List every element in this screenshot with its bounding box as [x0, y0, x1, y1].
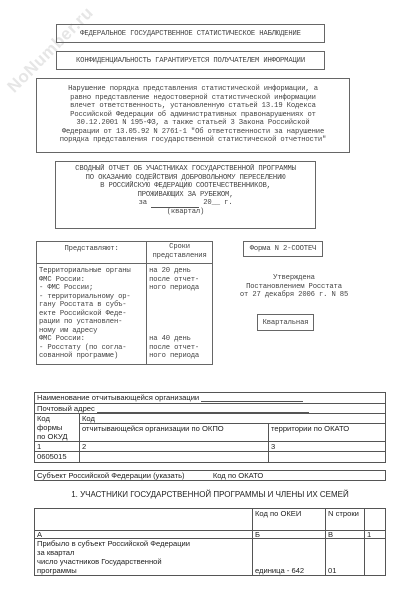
table-row: Прибыло в субъект Российской Федерации з…	[35, 539, 386, 576]
postal-address-field[interactable]	[97, 405, 309, 413]
indicator-line: программы	[37, 566, 250, 575]
submitter-line: сованной программе)	[39, 352, 144, 361]
report-title-line: ПО ОКАЗАНИЮ СОДЕЙСТВИЯ ДОБРОВОЛЬНОМУ ПЕР…	[56, 174, 315, 183]
submitter-line: екте Российской Феде-	[39, 310, 144, 319]
warning-line: Нарушение порядка представления статисти…	[37, 85, 349, 94]
postal-address-row: Почтовый адрес	[35, 404, 386, 414]
submitter-line: ному им адресу	[39, 327, 144, 336]
approval-line: Утверждена	[224, 274, 364, 283]
period-hint: (квартал)	[56, 208, 315, 217]
deadline-line: ного периода	[149, 352, 210, 361]
form-number-box: Форма N 2-СООТЕЧ	[243, 241, 323, 257]
org-name-row: Наименование отчитывающейся организации	[35, 393, 386, 404]
participants-value-cell[interactable]	[365, 539, 386, 576]
submitter-line: рации по установлен-	[39, 318, 144, 327]
organization-table: Наименование отчитывающейся организации …	[34, 392, 386, 463]
column-number: 2	[80, 442, 269, 452]
period-year[interactable]: 20__ г.	[203, 199, 232, 207]
section1-title: 1. УЧАСТНИКИ ГОСУДАРСТВЕННОЙ ПРОГРАММЫ И…	[34, 490, 386, 499]
approval-info: Утверждена Постановлением Росстата от 27…	[224, 274, 364, 300]
indicator-header	[35, 509, 253, 531]
okei-value: единица - 642	[253, 539, 326, 576]
subject-label: Субъект Российской Федерации (указать)	[37, 471, 185, 480]
submitters-table: Представляют: Сроки представления Террит…	[36, 241, 213, 365]
okud-value: 0605015	[35, 452, 80, 463]
indicator-line: Прибыло в субъект Российской Федерации	[37, 539, 250, 548]
submitter-line: ФМС России:	[39, 276, 144, 285]
report-title-box: СВОДНЫЙ ОТЧЕТ ОБ УЧАСТНИКАХ ГОСУДАРСТВЕН…	[55, 161, 316, 229]
periodicity-box: Квартальная	[257, 314, 314, 331]
warning-line: 30.12.2001 N 195-ФЗ, а также статьей 3 З…	[37, 119, 349, 128]
column-letter: Б	[253, 531, 326, 539]
deadline-line: после отчет-	[149, 276, 210, 285]
submitters-cell: Территориальные органы ФМС России: - ФМС…	[37, 264, 147, 365]
indicator-label: Прибыло в субъект Российской Федерации з…	[35, 539, 253, 576]
period-prefix: за	[139, 199, 147, 207]
section1-table: Код по ОКЕИ N строки А Б В 1 Прибыло в с…	[34, 508, 386, 576]
approval-line: от 27 декабря 2006 г. N 85	[224, 291, 364, 300]
warning-line: Российской Федерации об административных…	[37, 111, 349, 120]
legal-warning-box: Нарушение порядка представления статисти…	[36, 78, 350, 153]
okei-header: Код по ОКЕИ	[253, 509, 326, 531]
postal-address-label: Почтовый адрес	[37, 404, 95, 413]
column-letter: А	[35, 531, 253, 539]
warning-line: влечет ответственность, установленную ст…	[37, 102, 349, 111]
okud-header-line: формы	[37, 423, 77, 432]
okpo-value-cell[interactable]	[80, 452, 269, 463]
report-title-line: ПРОЖИВАЮЩИХ ЗА РУБЕЖОМ,	[56, 191, 315, 200]
deadline-line: ного периода	[149, 284, 210, 293]
deadline-line: на 20 день	[149, 267, 210, 276]
submitter-line: - Росстату (по согла-	[39, 344, 144, 353]
warning-line: Федерации от 13.05.92 N 2761-1 "Об ответ…	[37, 128, 349, 137]
okud-header-line: Код	[37, 414, 77, 423]
column-number: 3	[269, 442, 386, 452]
org-name-label: Наименование отчитывающейся организации	[37, 393, 199, 402]
code-header: Код	[80, 414, 386, 424]
warning-line: равно представление недостоверной статис…	[37, 94, 349, 103]
deadline-line: на 40 день	[149, 335, 210, 344]
submitter-line: гану Росстата в субъ-	[39, 301, 144, 310]
column-letter: В	[326, 531, 365, 539]
org-name-field[interactable]	[201, 394, 303, 402]
deadline-header: Сроки представления	[147, 242, 213, 264]
column-number: 1	[35, 442, 80, 452]
okato-value-cell[interactable]	[269, 452, 386, 463]
okato-header: территории по ОКАТО	[269, 424, 386, 442]
okud-header-line: по ОКУД	[37, 432, 77, 441]
deadline-cell: на 20 день после отчет- ного периода на …	[147, 264, 213, 365]
line-number-header: N строки	[326, 509, 365, 531]
submitter-line: ФМС России:	[39, 335, 144, 344]
report-title-line: В РОССИЙСКУЮ ФЕДЕРАЦИЮ СООТЕЧЕСТВЕННИКОВ…	[56, 182, 315, 191]
subject-okato-label: Код по ОКАТО	[213, 471, 263, 480]
federal-observation-banner: ФЕДЕРАЛЬНОЕ ГОСУДАРСТВЕННОЕ СТАТИСТИЧЕСК…	[56, 24, 325, 43]
approval-line: Постановлением Росстата	[224, 283, 364, 292]
okud-header: Код формы по ОКУД	[35, 414, 80, 442]
deadline-line: после отчет-	[149, 344, 210, 353]
indicator-line: за квартал	[37, 548, 250, 557]
report-period: за 20__ г.	[56, 199, 315, 208]
subject-row: Субъект Российской Федерации (указать) К…	[34, 470, 386, 481]
submitter-line: - территориальному ор-	[39, 293, 144, 302]
confidentiality-banner: КОНФИДЕНЦИАЛЬНОСТЬ ГАРАНТИРУЕТСЯ ПОЛУЧАТ…	[56, 51, 325, 70]
indicator-line: число участников Государственной	[37, 557, 250, 566]
quarter-field[interactable]	[151, 200, 199, 208]
submitter-line: Территориальные органы	[39, 267, 144, 276]
submitter-line: - ФМС России;	[39, 284, 144, 293]
column-letter: 1	[365, 531, 386, 539]
report-title-line: СВОДНЫЙ ОТЧЕТ ОБ УЧАСТНИКАХ ГОСУДАРСТВЕН…	[56, 165, 315, 174]
value-header	[365, 509, 386, 531]
warning-line: порядка представления государственной ст…	[37, 136, 349, 145]
okpo-header: отчитывающейся организации по ОКПО	[80, 424, 269, 442]
submitters-header: Представляют:	[37, 242, 147, 264]
line-number-value: 01	[326, 539, 365, 576]
